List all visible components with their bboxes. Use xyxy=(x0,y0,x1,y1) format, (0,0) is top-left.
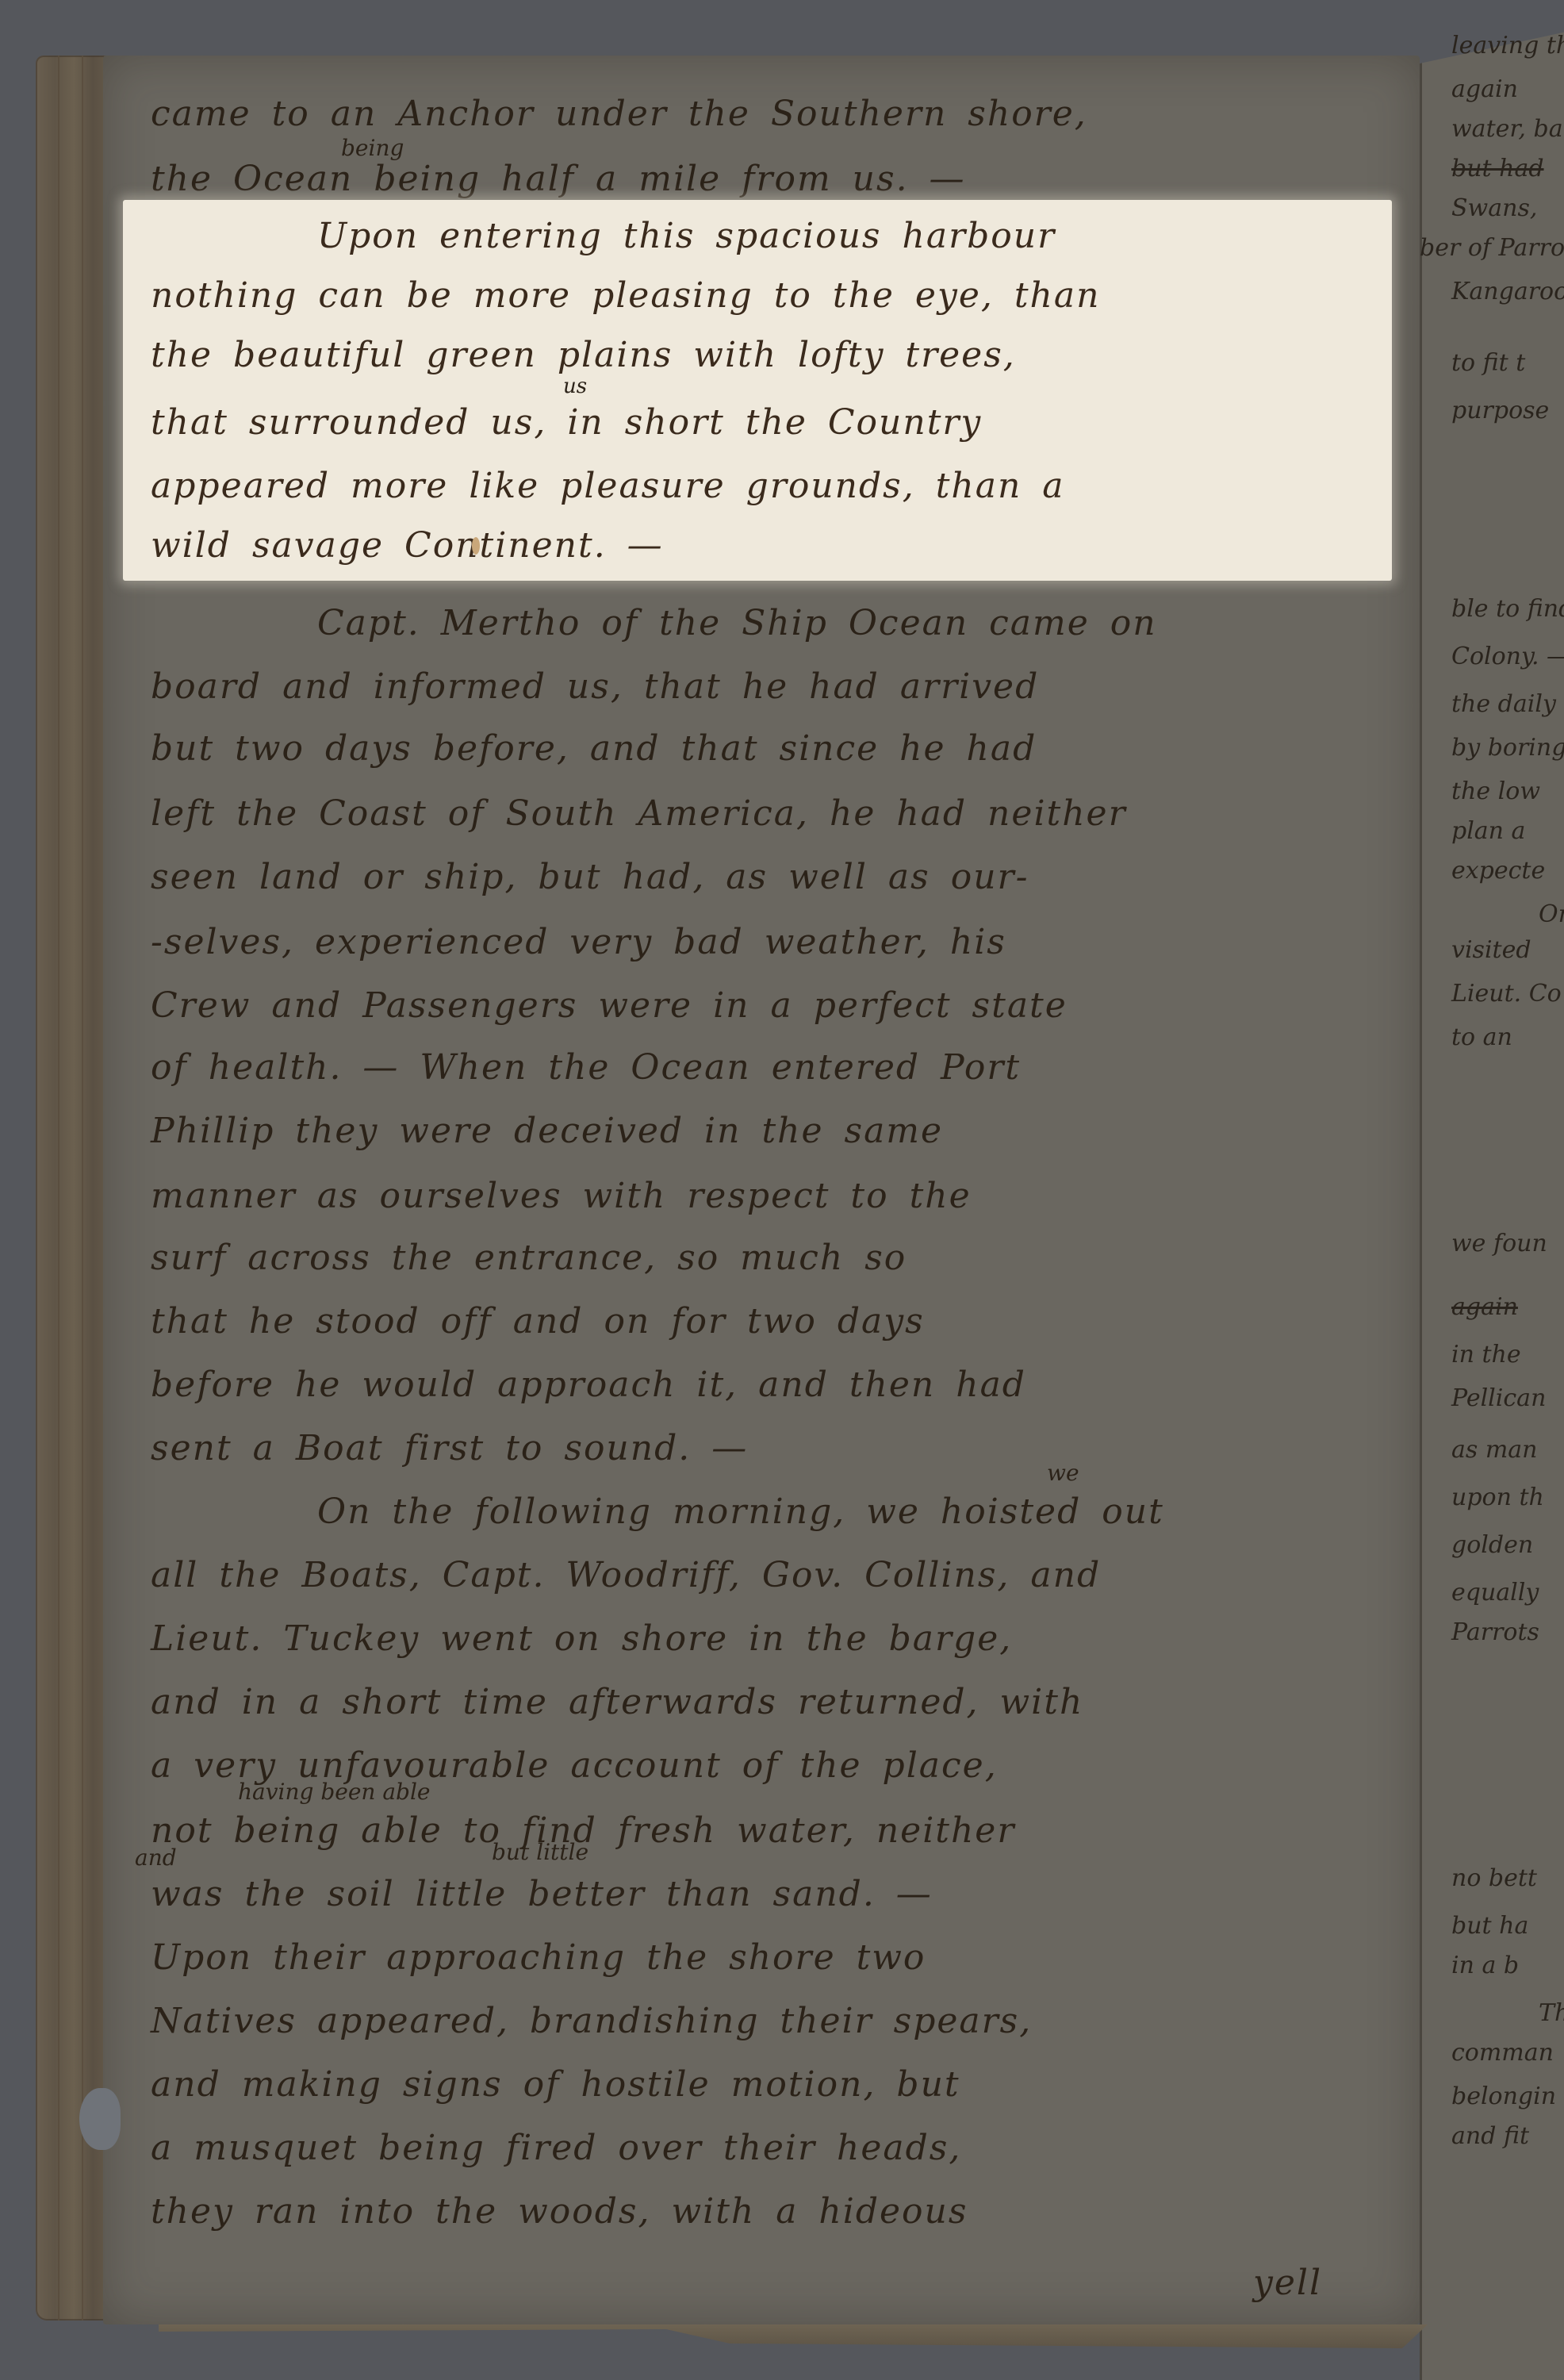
manuscript-line: surf across the entrance, so much so xyxy=(151,1238,1404,1278)
manuscript-line: all the Boats, Capt. Woodriff, Gov. Coll… xyxy=(151,1555,1404,1595)
interlinear-insert: and xyxy=(135,1844,177,1871)
manuscript-line: Upon their approaching the shore two xyxy=(151,1937,1404,1978)
manuscript-line: of health. — When the Ocean entered Port xyxy=(151,1047,1404,1088)
page-fold-line xyxy=(82,56,83,2320)
facing-page-line: again xyxy=(1451,1293,1518,1321)
facing-page-line: in a b xyxy=(1451,1952,1519,1979)
facing-page-line: again xyxy=(1451,75,1518,103)
facing-page-line: Swans, xyxy=(1451,194,1537,222)
manuscript-line: but two days before, and that since he h… xyxy=(151,728,1404,769)
interlinear-insert: us xyxy=(563,374,587,398)
interlinear-insert: we xyxy=(1047,1460,1079,1486)
facing-page-line: the daily xyxy=(1451,690,1556,718)
facing-page-line: equally xyxy=(1451,1579,1539,1606)
facing-page-line: upon th xyxy=(1451,1484,1544,1511)
facing-page-line: Parrots xyxy=(1451,1618,1539,1646)
highlighted-line: that surrounded us, in short the Country xyxy=(151,402,1404,443)
facing-page-line: as man xyxy=(1451,1436,1537,1464)
facing-page-line: we foun xyxy=(1451,1230,1547,1257)
manuscript-line: before he would approach it, and then ha… xyxy=(151,1365,1404,1405)
interlinear-insert: but little xyxy=(492,1839,588,1865)
manuscript-line: yell xyxy=(1253,2263,1412,2303)
highlighted-line: the beautiful green plains with lofty tr… xyxy=(151,335,1404,375)
facing-page-line: but ha xyxy=(1451,1912,1528,1940)
manuscript-line: and making signs of hostile motion, but xyxy=(151,2064,1404,2105)
manuscript-line: left the Coast of South America, he had … xyxy=(151,793,1404,834)
manuscript-line: Phillip they were deceived in the same xyxy=(151,1111,1404,1151)
manuscript-line: manner as ourselves with respect to the xyxy=(151,1176,1404,1216)
facing-page-line: expecte xyxy=(1451,857,1545,885)
facing-page-line: golden xyxy=(1451,1531,1533,1559)
manuscript-line: sent a Boat first to sound. — xyxy=(151,1428,1404,1468)
facing-page-line: in the xyxy=(1451,1341,1521,1368)
manuscript-line: Lieut. Tuckey went on shore in the barge… xyxy=(151,1618,1404,1659)
facing-page-line: leaving the xyxy=(1451,32,1564,59)
facing-page-line: ble to find xyxy=(1451,595,1564,623)
facing-page-line: no bett xyxy=(1451,1864,1537,1892)
manuscript-line: Capt. Mertho of the Ship Ocean came on xyxy=(317,603,1564,643)
facing-page-line: Kangaroo xyxy=(1451,278,1564,305)
facing-page-line: Colony. — xyxy=(1451,643,1564,670)
facing-page-line: ber of Parrot xyxy=(1420,234,1564,262)
facing-page-line: Pellican xyxy=(1451,1384,1546,1412)
manuscript-line: seen land or ship, but had, as well as o… xyxy=(151,857,1404,897)
highlighted-line: appeared more like pleasure grounds, tha… xyxy=(151,466,1404,506)
facing-page-line: and fit xyxy=(1451,2122,1529,2150)
page-fold-line xyxy=(58,56,59,2320)
ink-blot xyxy=(472,537,480,555)
facing-page-line: to an xyxy=(1451,1023,1512,1051)
interlinear-insert: being xyxy=(341,135,404,161)
facing-page xyxy=(1420,32,1564,2380)
manuscript-line: Crew and Passengers were in a perfect st… xyxy=(151,985,1404,1026)
manuscript-line: -selves, experienced very bad weather, h… xyxy=(151,922,1404,962)
facing-page-line: to fit t xyxy=(1451,349,1525,377)
facing-page-line: water, ba xyxy=(1451,115,1563,143)
facing-page-line: belongin xyxy=(1451,2082,1556,2110)
manuscript-line: they ran into the woods, with a hideous xyxy=(151,2191,1404,2232)
facing-page-line: purpose xyxy=(1451,397,1549,424)
interlinear-insert: having been able xyxy=(238,1779,431,1805)
manuscript-line: not being able to find fresh water, neit… xyxy=(151,1810,1404,1851)
manuscript-line: and in a short time afterwards returned,… xyxy=(151,1682,1404,1722)
facing-page-line: plan a xyxy=(1451,817,1525,845)
manuscript-line: the Ocean being half a mile from us. — xyxy=(151,159,1404,199)
manuscript-line: Natives appeared, brandishing their spea… xyxy=(151,2001,1404,2041)
facing-page-line: The xyxy=(1539,1999,1564,2027)
manuscript-line: On the following morning, we hoisted out xyxy=(317,1491,1564,1532)
highlighted-line: Upon entering this spacious harbour xyxy=(317,216,1564,256)
manuscript-line: was the soil little better than sand. — xyxy=(151,1874,1404,1914)
facing-page-line: On xyxy=(1539,900,1564,928)
manuscript-line: that he stood off and on for two days xyxy=(151,1301,1404,1342)
facing-page-line: Lieut. Co xyxy=(1451,980,1562,1008)
facing-page-line: the low xyxy=(1451,777,1540,805)
binding-hole xyxy=(79,2088,121,2150)
manuscript-line: a musquet being fired over their heads, xyxy=(151,2128,1404,2168)
highlighted-line: wild savage Continent. — xyxy=(151,525,1404,566)
facing-page-line: by boring xyxy=(1451,734,1564,762)
highlighted-passage: Upon entering this spacious harbour noth… xyxy=(123,200,1392,581)
facing-page-line: but had xyxy=(1451,155,1544,182)
highlighted-line: nothing can be more pleasing to the eye,… xyxy=(151,275,1404,316)
manuscript-line: board and informed us, that he had arriv… xyxy=(151,666,1404,707)
facing-page-line: comman xyxy=(1451,2039,1554,2067)
facing-page-line: visited xyxy=(1451,936,1531,964)
manuscript-line: came to an Anchor under the Southern sho… xyxy=(151,94,1404,134)
